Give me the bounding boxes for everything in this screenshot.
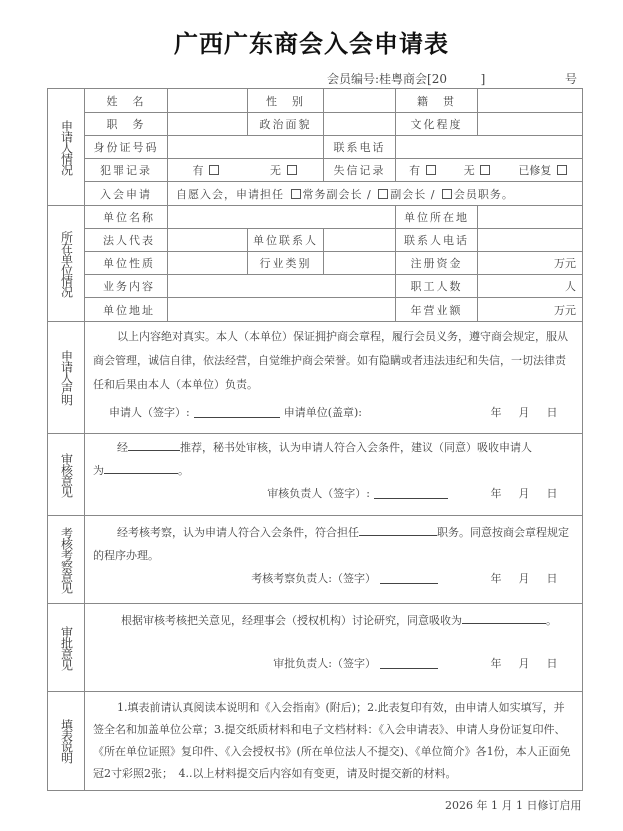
recommender-field[interactable] [128, 438, 180, 451]
membership-role-options: 自愿入会，申请担任 常务副会长 / 副会长 / 会员职务。 [168, 182, 582, 205]
checkbox-icon [480, 165, 490, 175]
revision-note: 2026 年 1 月 1 日修订启用 [445, 797, 581, 813]
field-legal-rep[interactable] [168, 229, 248, 251]
review-date[interactable]: 年月日 [482, 482, 566, 505]
side-label-assessment: 考核考察意见 [48, 516, 85, 603]
label-legal-rep: 法人代表 [85, 229, 168, 251]
member-number-bracket: ] [481, 72, 486, 86]
assessment-text: 经考核考察，认为申请人符合入会条件，符合担任 [117, 526, 359, 539]
field-contact-phone[interactable] [478, 229, 582, 251]
side-label-review: 审核意见 [48, 434, 85, 515]
label-phone: 联系电话 [324, 136, 396, 158]
checkbox-icon [557, 165, 567, 175]
field-unit-nature[interactable] [168, 252, 248, 274]
section-unit: 所在单位情况 单位名称 单位所在地 法人代表 单位联系人 联系人电话 单位性质 … [48, 206, 582, 322]
form-title: 广西广东商会入会申请表 [0, 24, 623, 59]
member-number-suffix: 号 [565, 70, 577, 87]
checkbox-icon [291, 189, 301, 199]
role-member-option[interactable]: 会员职务。 [440, 186, 514, 202]
side-label-declaration: 申请人声明 [48, 322, 85, 433]
side-label-instructions: 填表说明 [48, 692, 85, 790]
declaration-date[interactable]: 年月日 [482, 401, 574, 425]
label-education: 文化程度 [396, 113, 478, 135]
section-assessment: 考核考察意见 经考核考察，认为申请人符合入会条件，符合担任职务。同意按商会章程规… [48, 516, 582, 604]
applicant-sign-label: 申请人（签字）: [109, 401, 190, 425]
label-industry: 行业类别 [248, 252, 324, 274]
approver-sign-label: 审批负责人:（签字） [273, 652, 376, 675]
review-text-as: 为 [93, 464, 104, 477]
review-text: 推荐，秘书处审核，认为申请人符合入会条件，建议（同意）吸收申请人 [180, 441, 532, 454]
review-text-prefix: 经 [117, 441, 128, 454]
approval-text: 根据审核考核把关意见，经理事会（授权机构）讨论研究，同意吸收为 [121, 614, 462, 627]
side-label-approval: 审批意见 [48, 604, 85, 691]
reviewer-signature-field[interactable] [374, 482, 448, 499]
section-declaration: 申请人声明 以上内容绝对真实。本人（本单位）保证拥护商会章程，履行会员义务，遵守… [48, 322, 582, 434]
label-unit-nature: 单位性质 [85, 252, 168, 274]
declaration-text: 以上内容绝对真实。本人（本单位）保证拥护商会章程，履行会员义务，遵守商会规定，服… [93, 325, 574, 397]
unit-person: 人 [565, 278, 576, 294]
member-number-label: 会员编号:桂粤商会[20 [327, 72, 447, 86]
assessment-role-field[interactable] [359, 523, 437, 536]
field-gender[interactable] [324, 89, 396, 112]
side-label-applicant: 申请人情况 [48, 89, 85, 205]
label-annual-revenue: 年营业额 [396, 298, 478, 321]
applicant-signature-field[interactable] [194, 401, 280, 418]
approval-role-field[interactable] [462, 611, 546, 624]
label-position: 职 务 [85, 113, 168, 135]
role-executive-vp-option[interactable]: 常务副会长 / [289, 186, 372, 202]
field-unit-name[interactable] [168, 206, 396, 228]
label-id-number: 身份证号码 [85, 136, 168, 158]
side-label-unit: 所在单位情况 [48, 206, 85, 321]
field-name[interactable] [168, 89, 248, 112]
field-unit-location[interactable] [478, 206, 582, 228]
label-credit-record: 失信记录 [324, 159, 396, 181]
field-annual-revenue[interactable]: 万元 [478, 298, 582, 321]
label-criminal-record: 犯罪记录 [85, 159, 168, 181]
checkbox-icon [378, 189, 388, 199]
criminal-record-options: 有 无 [168, 159, 324, 181]
field-native-place[interactable] [478, 89, 582, 112]
field-position[interactable] [168, 113, 248, 135]
checkbox-icon [426, 165, 436, 175]
reviewer-sign-label: 审核负责人（签字）: [267, 482, 370, 505]
field-registered-capital[interactable]: 万元 [478, 252, 582, 274]
field-political-status[interactable] [324, 113, 396, 135]
criminal-yes-option[interactable]: 有 [193, 162, 222, 178]
label-native-place: 籍 贯 [396, 89, 478, 112]
assessor-sign-label: 考核考察负责人:（签字） [251, 567, 376, 590]
assessment-date[interactable]: 年月日 [482, 567, 566, 590]
member-number: 会员编号:桂粤商会[20 ] 号 [327, 70, 485, 87]
checkbox-icon [209, 165, 219, 175]
label-gender: 性 别 [248, 89, 324, 112]
assessor-signature-field[interactable] [380, 567, 438, 584]
label-unit-address: 单位地址 [85, 298, 168, 321]
label-unit-name: 单位名称 [85, 206, 168, 228]
role-vp-option[interactable]: 副会长 / [376, 186, 435, 202]
credit-no-option[interactable]: 无 [464, 162, 493, 178]
field-staff-count[interactable]: 人 [478, 275, 582, 297]
instructions-text: 1.填表前请认真阅读本说明和《入会指南》(附后)；2.此表复印有效，由申请人如实… [93, 697, 574, 785]
credit-record-options: 有 无 已修复 [396, 159, 582, 181]
unit-seal-field[interactable] [362, 401, 482, 425]
checkbox-icon [287, 165, 297, 175]
field-education[interactable] [478, 113, 582, 135]
field-business-scope[interactable] [168, 275, 396, 297]
label-name: 姓 名 [85, 89, 168, 112]
unit-wan-yuan: 万元 [554, 255, 576, 271]
criminal-no-option[interactable]: 无 [270, 162, 299, 178]
field-phone[interactable] [396, 136, 582, 158]
application-form: 申请人情况 姓 名 性 别 籍 贯 职 务 政治面貌 文化程度 身份证号码 [47, 88, 583, 791]
field-industry[interactable] [324, 252, 396, 274]
checkbox-icon [442, 189, 452, 199]
label-membership-application: 入会申请 [85, 182, 168, 205]
label-business-scope: 业务内容 [85, 275, 168, 297]
credit-yes-option[interactable]: 有 [409, 162, 438, 178]
unit-wan-yuan: 万元 [554, 302, 576, 318]
field-unit-address[interactable] [168, 298, 396, 321]
approver-signature-field[interactable] [380, 652, 438, 669]
field-unit-contact[interactable] [324, 229, 396, 251]
section-applicant: 申请人情况 姓 名 性 别 籍 贯 职 务 政治面貌 文化程度 身份证号码 [48, 89, 582, 206]
review-role-field[interactable] [104, 461, 178, 474]
label-contact-phone: 联系人电话 [396, 229, 478, 251]
label-staff-count: 职工人数 [396, 275, 478, 297]
approval-date[interactable]: 年月日 [482, 652, 566, 675]
section-instructions: 填表说明 1.填表前请认真阅读本说明和《入会指南》(附后)；2.此表复印有效，由… [48, 692, 582, 790]
label-registered-capital: 注册资金 [396, 252, 478, 274]
field-id-number[interactable] [168, 136, 324, 158]
label-political-status: 政治面貌 [248, 113, 324, 135]
section-review: 审核意见 经推荐，秘书处审核，认为申请人符合入会条件，建议（同意）吸收申请人 为… [48, 434, 582, 516]
label-unit-location: 单位所在地 [396, 206, 478, 228]
unit-seal-label: 申请单位(盖章): [284, 401, 362, 425]
label-unit-contact: 单位联系人 [248, 229, 324, 251]
credit-repaired-option[interactable]: 已修复 [518, 162, 569, 178]
section-approval: 审批意见 根据审核考核把关意见，经理事会（授权机构）讨论研究，同意吸收为。 审批… [48, 604, 582, 692]
